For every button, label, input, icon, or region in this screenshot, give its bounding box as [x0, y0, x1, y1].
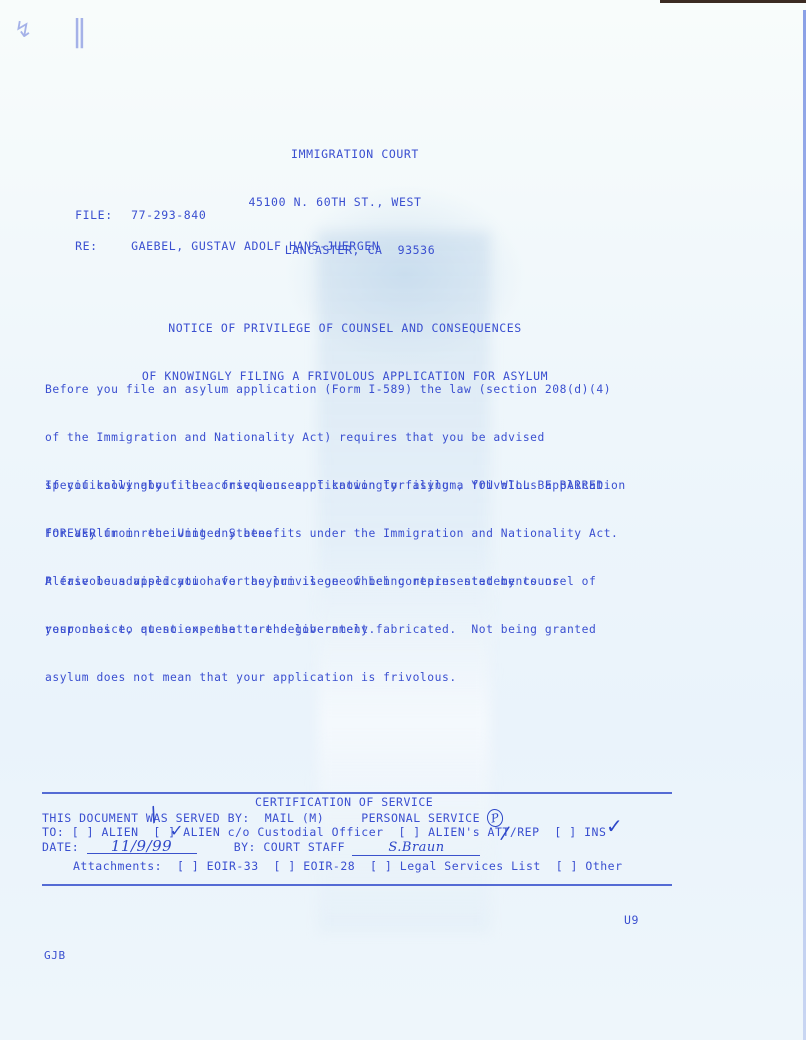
date-line: DATE: 11/9/99 BY: COURT STAFF S.Braun	[42, 839, 480, 856]
file-number: 77-293-840	[131, 208, 206, 222]
checkmark-custodial-icon: ✓	[170, 821, 183, 840]
to-label: TO:	[42, 825, 64, 839]
date-label: DATE:	[42, 840, 79, 854]
scanned-page: ↯ ‖ IMMIGRATION COURT 45100 N. 60TH ST.,…	[0, 0, 806, 1040]
served-by-label: THIS DOCUMENT WAS SERVED BY:	[42, 811, 250, 825]
attachment-other: Other	[585, 859, 622, 873]
re-label: RE:	[75, 238, 131, 254]
to-option-att-rep: ALIEN's ATT/REP	[428, 825, 539, 839]
date-handwritten: 11/9/99	[87, 839, 197, 854]
court-address: 45100 N. 60TH ST., WEST	[195, 194, 475, 210]
typist-initials: GJB	[44, 948, 66, 964]
served-mail-option: MAIL (M)	[265, 811, 324, 825]
paragraph-line: If you knowingly file a frivolous applic…	[45, 478, 618, 494]
form-code: U9	[624, 912, 639, 928]
paragraph-line: FOREVER from receiving any benefits unde…	[45, 526, 618, 542]
by-court-staff-label: BY: COURT STAFF	[234, 840, 345, 854]
served-personal-option: PERSONAL SERVICE	[361, 811, 480, 825]
to-option-ins: INS	[584, 825, 606, 839]
checkbox-eoir33[interactable]: [ ]	[177, 859, 199, 873]
attachments-line: Attachments: [ ] EOIR-33 [ ] EOIR-28 [ ]…	[73, 858, 623, 874]
notice-title-line1: NOTICE OF PRIVILEGE OF COUNSEL AND CONSE…	[110, 320, 580, 336]
paragraph-line: Please be advised you have the privilege…	[45, 574, 596, 590]
to-option-custodial: ALIEN c/o Custodial Officer	[183, 825, 383, 839]
checkbox-legal-services[interactable]: [ ]	[370, 859, 392, 873]
scan-edge-top	[660, 0, 806, 3]
attachment-eoir33: EOIR-33	[207, 859, 259, 873]
staff-signature: S.Braun	[352, 841, 480, 856]
checkbox-alien[interactable]: [ ]	[72, 825, 94, 839]
stamp-mark-icon: ‖	[72, 14, 87, 49]
checkbox-att-rep[interactable]: [ ]	[398, 825, 420, 839]
paragraph-line: Before you file an asylum application (F…	[45, 382, 626, 398]
checkbox-other[interactable]: [ ]	[556, 859, 578, 873]
paragraph-line: your choice, at no expense to the govern…	[45, 622, 596, 638]
re-line: RE:GAEBEL, GUSTAV ADOLF HANS-JUERGEN	[45, 222, 379, 270]
file-label: FILE:	[75, 207, 131, 223]
stamp-mark-icon: ↯	[14, 18, 32, 43]
court-name: IMMIGRATION COURT	[235, 146, 475, 162]
checkmark-ins-icon: ✓	[606, 814, 623, 838]
paragraph-line: of the Immigration and Nationality Act) …	[45, 430, 626, 446]
certification-bottom-rule	[42, 884, 672, 886]
paragraph-counsel: Please be advised you have the privilege…	[45, 542, 596, 670]
attachment-eoir28: EOIR-28	[303, 859, 355, 873]
attachments-label: Attachments:	[73, 859, 162, 873]
checkbox-eoir28[interactable]: [ ]	[274, 859, 296, 873]
checkbox-ins[interactable]: [ ]	[554, 825, 576, 839]
certification-title: CERTIFICATION OF SERVICE	[255, 794, 433, 810]
attachment-legal-services: Legal Services List	[400, 859, 541, 873]
respondent-name: GAEBEL, GUSTAV ADOLF HANS-JUERGEN	[131, 239, 379, 253]
paragraph-line: asylum does not mean that your applicati…	[45, 670, 618, 686]
